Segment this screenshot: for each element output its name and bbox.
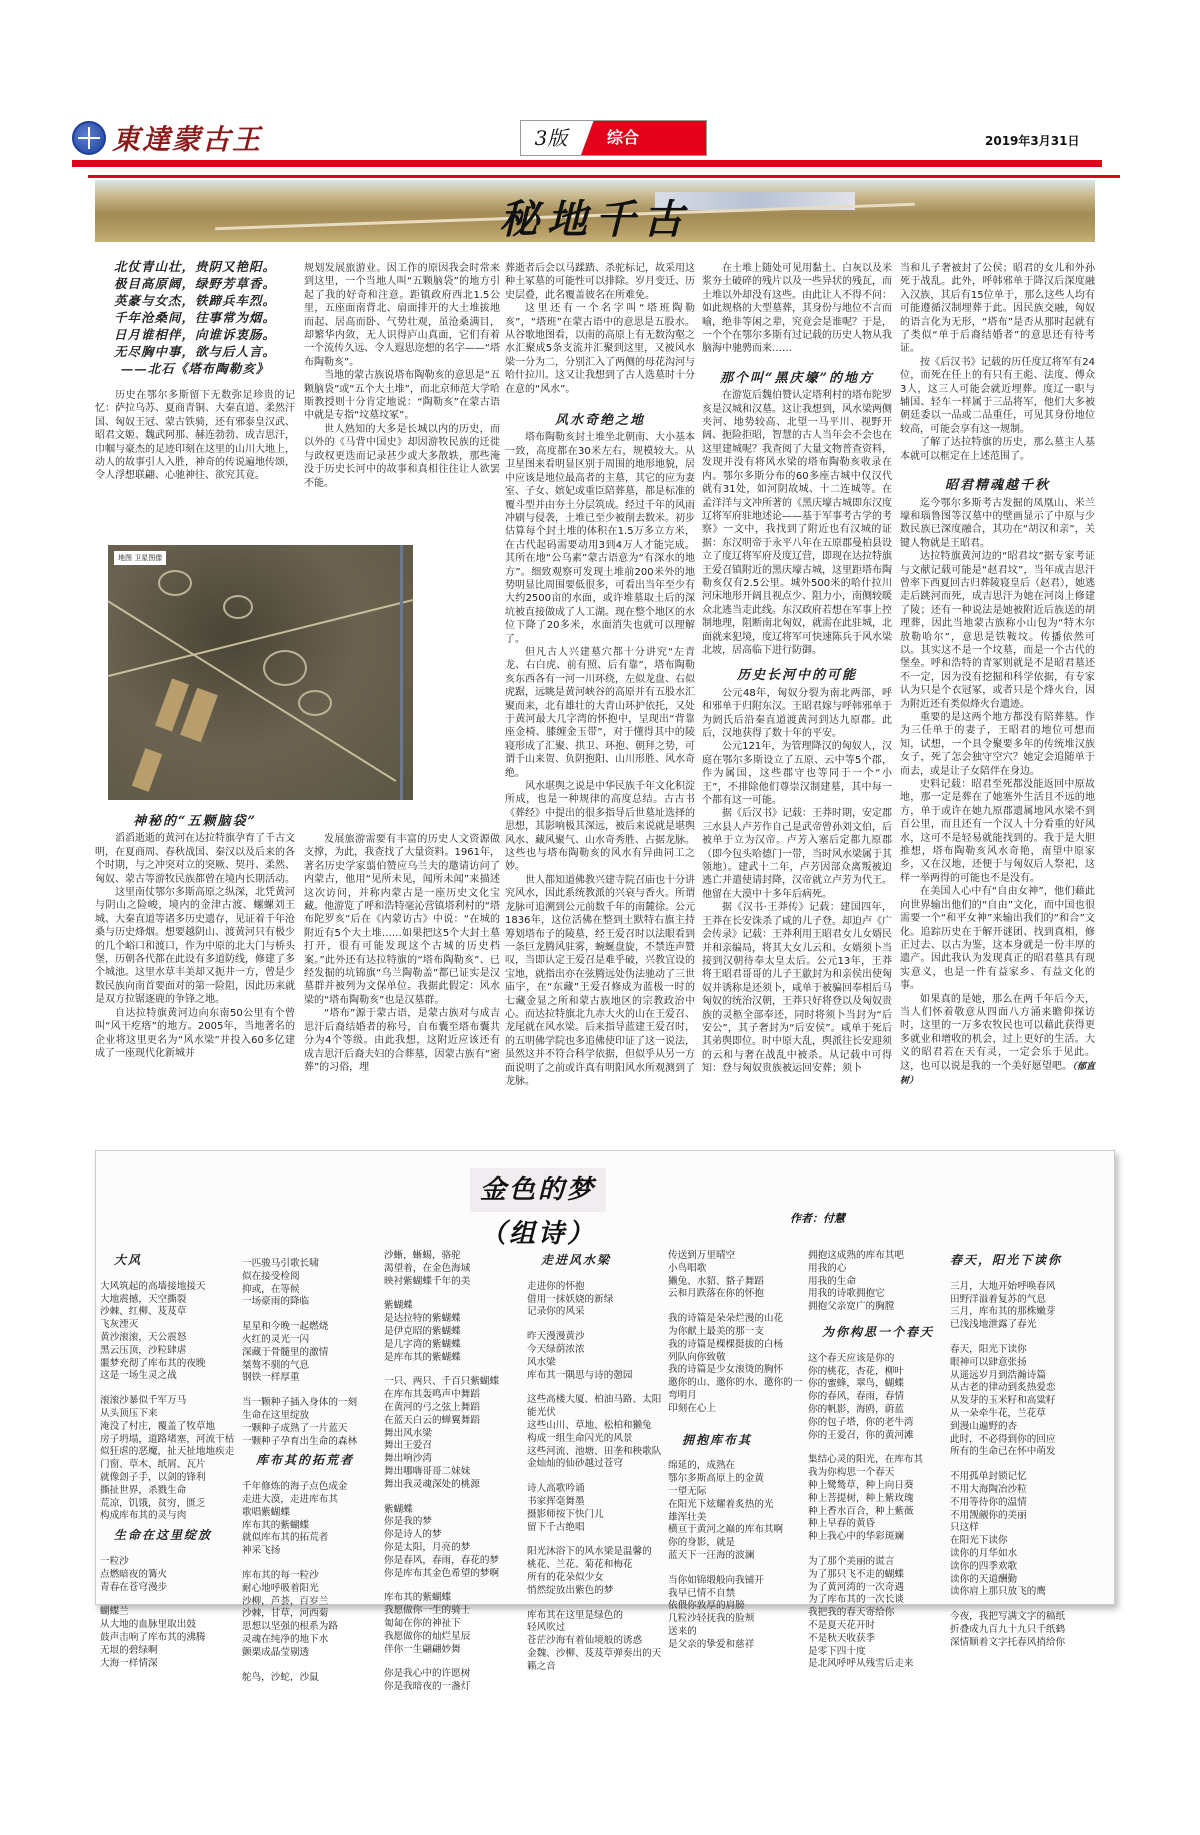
poem-line: 我把我的春天寄给你 — [808, 1607, 948, 1620]
poem-line: 蝴蝶兰 — [100, 1606, 240, 1619]
poem-line: 鼓声击响了库布其的沸腾 — [100, 1632, 240, 1645]
poem-line: 三月，库布其的那株嫩芽 — [950, 1306, 1090, 1319]
poem-line: 是库布其的紫蝴蝶 — [384, 1352, 524, 1365]
poem-line: 当一颗种子插入身体的一刻 — [242, 1397, 382, 1410]
poem-line: 用我的诗歌拥抱它 — [808, 1288, 948, 1301]
poem-line: 渴望着，在金色海域 — [384, 1263, 524, 1276]
masthead-logo: 東達蒙古王 — [72, 112, 262, 164]
poem-line: 这是一场生灵之战 — [100, 1370, 240, 1383]
poem-line: 在蓝天白云的蝉翼舞蹈 — [384, 1415, 524, 1428]
poem-line: 一粒沙 — [100, 1556, 240, 1569]
poem-stanzas: 这个春天应该是你的你的桃花，杏花，柳叶你的蜜蜂，翠鸟，蝴蝶你的春风，春雨，春情你… — [808, 1353, 948, 1671]
poem-line: 你是诗人的梦 — [384, 1529, 524, 1542]
poem-line: 这些山川、草地、松柏和獭兔 — [527, 1420, 667, 1433]
poem-line — [950, 1332, 1090, 1344]
poem-line: 你的桃花，杏花，柳叶 — [808, 1366, 948, 1379]
poem-line — [242, 1660, 382, 1672]
poem-author: 作者：付慧 — [790, 1210, 845, 1226]
poem-stanzas: 绵延的，成熟在鄂尔多斯高原上的金黄一望无际在阳光下炫耀着炙热的光雄浑壮美横亘于黄… — [668, 1460, 808, 1651]
poem-line: 门窗、草木、纸屑、瓦片 — [100, 1459, 240, 1472]
epigraph-poem: 北仗青山壮，贵阴又艳阳。 极目高原阔，绿野芳草香。 英豪与女杰，铁蹄兵车烈。 千… — [95, 258, 295, 377]
paragraph: 滔滔逝逝的黄河在达拉特旗孕育了千古文明，在夏商周、春秋战国、秦汉以及后来的各个时… — [95, 832, 295, 886]
poem-line: 所有的生命已在怀中萌发 — [950, 1446, 1090, 1459]
poem-heading: 春天，阳光下读你 — [950, 1254, 1090, 1267]
poem-line: 拥抱这成熟的库布其吧 — [808, 1250, 948, 1263]
poem-line: 一匹骏马引歌长啸 — [242, 1258, 382, 1271]
poem-line: 神采飞扬 — [242, 1545, 382, 1558]
poem-line: 我的诗篇是棵棵挺拔的白杨 — [668, 1339, 808, 1352]
poem-line: 金灿灿的仙砂越过苍穹 — [527, 1458, 667, 1471]
poem-line: 鄂尔多斯高原上的金黄 — [668, 1473, 808, 1486]
edition-badge: 3版 综合 — [520, 120, 707, 156]
header-rule — [72, 160, 1102, 167]
poem-line: 生命在这里绽放 — [242, 1410, 382, 1423]
poem-line: 从遥远岁月到浩瀚诗篇 — [950, 1370, 1090, 1383]
poem-line: 我愿做你的灿烂星辰 — [384, 1631, 524, 1644]
poem-line: 你的蜜蜂，翠鸟，蝴蝶 — [808, 1378, 948, 1391]
globe-logo-icon — [72, 121, 106, 155]
paragraph: 这里还有一个名字叫“塔班陶勒亥”，“塔班”在蒙古语中的意思是五股水。从谷歌地图看… — [505, 302, 695, 396]
poem-line: 读你的天道酬勤 — [950, 1574, 1090, 1587]
poem-line: 读你肩上那只放飞的鹰 — [950, 1586, 1090, 1599]
poem-line: 种上菩提树，种上紫玫瑰 — [808, 1493, 948, 1506]
poem-line — [384, 1580, 524, 1592]
poem-line — [527, 1598, 667, 1610]
issue-date: 2019年3月31日 — [985, 132, 1079, 149]
poem-line — [100, 1594, 240, 1606]
poem-line: 到漫山遍野的杏 — [950, 1421, 1090, 1434]
poem-line: 印刻在心上 — [668, 1403, 808, 1416]
paragraph: 当地的蒙古族说塔布陶勒亥的意思是“五颗脑袋”或“五个大土堆”，而北京师范大学哈斯… — [304, 369, 500, 423]
paragraph: 据《后汉书》记载：王莽时期，安定郡三水县人卢芳作自己是武帝曾孙刘文伯，后被单于立… — [702, 807, 892, 901]
poem-line: 不是夏天花开时 — [808, 1620, 948, 1633]
poem-line: 撕扯世界，杀戮生命 — [100, 1485, 240, 1498]
poem-line: 你是库布其金色希望的梦啊 — [384, 1568, 524, 1581]
poem-line: 当你如锦缎般向我铺开 — [668, 1575, 808, 1588]
paragraph: 规划发展旅游业。因工作的原因我会时常来到这里，一个当地人叫“五颗脑袋”的地方引起… — [304, 262, 500, 369]
article-col-2-top: 规划发展旅游业。因工作的原因我会时常来到这里，一个当地人叫“五颗脑袋”的地方引起… — [304, 262, 500, 490]
poem-line: 此时，不必得到你的回应 — [950, 1434, 1090, 1447]
paragraph: 自达拉特旗黄河边向东南50公里有个曾叫“风干疙瘩”的地方。2005年，当地著名的… — [95, 1007, 295, 1061]
poem-line: 沙蜥，蜥蜴，骆驼 — [384, 1250, 524, 1263]
poem-line: 舞出我灵魂深处的桃源 — [384, 1479, 524, 1492]
poem-line: 不用大海陶冶沙粒 — [950, 1484, 1090, 1497]
poem-stanzas: 传送到万里晴空小鸟唱歌獭兔、水貂、貉子舞蹈云和月跌落在你的怀抱我的诗篇是朵朵烂漫… — [668, 1250, 808, 1416]
paragraph: 迄今鄂尔多斯考古发掘的凤凰山、米兰壕和瑙鲁图等汉墓中的壁画显示了中原与少数民族已… — [900, 497, 1095, 551]
paragraph: 但凡古人兴建墓穴都十分讲究“左青龙、右白虎、前有照、后有靠”，塔布陶勒亥东西各有… — [505, 646, 695, 780]
poem-line: 库布其一隅思与诗的憩园 — [527, 1370, 667, 1383]
poem-heading: 为你构思一个春天 — [808, 1326, 948, 1339]
poem-line: 是零下四十度 — [808, 1646, 948, 1659]
poem-line: 从大地的血脉里取出鼓 — [100, 1619, 240, 1632]
poem-line — [950, 1459, 1090, 1471]
poem-line: 大海一样情深 — [100, 1658, 240, 1671]
poem-line: 不用觊觎你的美丽 — [950, 1510, 1090, 1523]
poem-line: 折叠成九百九十九只千纸鹤 — [950, 1624, 1090, 1637]
poem-line: 轻风吹过 — [527, 1622, 667, 1635]
poem-line: 你是我暗夜的一盏灯 — [384, 1681, 524, 1694]
poem-line: 昨天漫漫黄沙 — [527, 1331, 667, 1344]
paragraph: 世人都知道佛教兴建寺院召庙也十分讲究风水，因此系统教派的兴衰与香火。所谓龙脉可追… — [505, 874, 695, 1089]
poem-line: 一场豪雨的降临 — [242, 1296, 382, 1309]
paragraph: 据《汉书·王莽传》记载：建国四年，王莽在长安诛杀了咸的儿子登。却迫卢《广会传录》… — [702, 901, 892, 1075]
paragraph: 了解了达拉特旗的历史，那么墓主人基本就可以框定在上述范围了。 — [900, 436, 1095, 463]
poem-line: 在阳光下炫耀着炙热的光 — [668, 1499, 808, 1512]
poem-line: 种上我心中的华彩斑斓 — [808, 1531, 948, 1544]
article-col-4: 在土堆上随处可见用黏土、白灰以及米浆夯土破碎的残片以及一些异状的残瓦，而土堆以外… — [702, 262, 892, 1076]
poem-line: 列队向你致敬 — [668, 1352, 808, 1365]
poem-line: 似狂虐的恶魔，扯天扯地地疾走 — [100, 1446, 240, 1459]
poem-line: 种上香水百合，种上紫薇 — [808, 1506, 948, 1519]
poem-line: 我早已情不自禁 — [668, 1588, 808, 1601]
poem-line: 抑或，在等候 — [242, 1284, 382, 1297]
poem-line: 一颗种子孕育出生命的森林 — [242, 1436, 382, 1449]
poem-heading: 生命在这里绽放 — [100, 1529, 240, 1542]
poem-line: 为了库布其的一次长谈 — [808, 1594, 948, 1607]
poem-line: 房子坍塌，道路堵塞，河流干枯 — [100, 1434, 240, 1447]
poem-stanzas: 千年修炼的海子点色成金走进大漠，走进库布其歌唱紫蝴蝶库布其的紫蝴蝶就似库布其的拓… — [242, 1481, 382, 1684]
paragraph: 在土堆上随处可见用黏土、白灰以及米浆夯土破碎的残片以及一些异状的残瓦，而土堆以外… — [702, 262, 892, 356]
paragraph: “塔布”源于蒙古语，是蒙古族对与成吉思汗后裔结婚者的称号，自布囊至塔布囊共分为4… — [304, 1007, 500, 1074]
poem-line: 从一朵牵牛花，兰花草 — [950, 1408, 1090, 1421]
poem-line: 几粒沙轻抚我的脸颊 — [668, 1613, 808, 1626]
poem-line: 舞出风水梁 — [384, 1428, 524, 1441]
poem-line: 你是我心中的许愿树 — [384, 1668, 524, 1681]
poem-line: 大地震撼，天空撕裂 — [100, 1294, 240, 1307]
poem-line: 云和月跌落在你的怀抱 — [668, 1288, 808, 1301]
section-name: 综合 — [581, 121, 706, 155]
poem-line: 是北风呼呼从残雪后走来 — [808, 1658, 948, 1671]
poem-line: 你的包子塔，你的老牛湾 — [808, 1417, 948, 1430]
poem-line: 沙棘、红柳、芨芨草 — [100, 1306, 240, 1319]
paragraph: 达拉特旗黄河边的“昭君坟”据专家考证与文献记载可能是“赵君坟”，当年成吉思汗曾率… — [900, 550, 1095, 711]
poem-line: 种上鹭鸶草，种上向日葵 — [808, 1480, 948, 1493]
poem-line: 是父亲的挚爱和慈祥 — [668, 1639, 808, 1652]
article-col-1-top: 北仗青山壮，贵阴又艳阳。 极目高原阔，绿野芳草香。 英豪与女杰，铁蹄兵车烈。 千… — [95, 258, 295, 483]
poem-line: 金魏、沙柳、芨芨草弹奏出的天籁之音 — [527, 1648, 667, 1674]
poem-line: 走进你的怀抱 — [527, 1281, 667, 1294]
paragraph: 世人熟知的大多是长城以内的历史，而以外的《马背中国史》却因游牧民族的迁徙与政权更… — [304, 423, 500, 490]
poem-line: 不用等待你的温情 — [950, 1497, 1090, 1510]
poem-line: 依偎你敦厚的肩膀 — [668, 1600, 808, 1613]
poem-line: 你是太阳，月亮的梦 — [384, 1542, 524, 1555]
poem-line: 为了黄河湾的一次奇遇 — [808, 1582, 948, 1595]
highway — [400, 545, 403, 800]
poem-line: 集结心灵的阳光，在库布其 — [808, 1454, 948, 1467]
poem-line: 蓝天下一汪海的波澜 — [668, 1550, 808, 1563]
paragraph: 在游览后魏伯赞认定塔利村的塔布陀罗亥是汉城和汉墓。这让我想到，风水梁两侧夹河、地… — [702, 389, 892, 657]
poem-line: 记录你的风采 — [527, 1306, 667, 1319]
poem-stanzas: 一粒沙点燃暗夜的篝火青春在苍穹漫步蝴蝶兰从大地的血脉里取出鼓鼓声击响了库布其的沸… — [100, 1556, 240, 1670]
satellite-map-image: 地图 卫星图像 — [108, 545, 413, 800]
subheading: 历史长河中的可能 — [702, 669, 892, 682]
poem-line: 在阳光下读你 — [950, 1535, 1090, 1548]
poem-col-1: 大风 大风筑起的高墙接地接天大地震撼，天空撕裂沙棘、红柳、芨芨草飞灰湮灭黄沙滚滚… — [100, 1248, 240, 1670]
poem-line: 颤栗成晶莹剔透 — [242, 1647, 382, 1660]
poem-line: 映衬紫蝴蝶千年的美 — [384, 1276, 524, 1289]
poem-line — [527, 1319, 667, 1331]
poem-col-2: 一匹骏马引歌长啸似在接受检阅抑或，在等候一场豪雨的降临星星和今晚一起燃烧火红的灵… — [242, 1258, 382, 1684]
page-number: 3版 — [521, 121, 581, 155]
poem-line: 不是秋天收获季 — [808, 1633, 948, 1646]
mound-ring — [223, 595, 253, 619]
paragraph: 这里南仗鄂尔多斯高原之纵深，北凭黄河与阴山之险峻，境内的金津古渡、螺螺刘王城、大… — [95, 886, 295, 1007]
poem-line: 悄然绽放出紫色的梦 — [527, 1585, 667, 1598]
poem-line: 留下千古绝唱 — [527, 1522, 667, 1535]
poem-line: 为了那个美丽的谎言 — [808, 1556, 948, 1569]
poem-line: 眼神可以肆意张扬 — [950, 1357, 1090, 1370]
poem-line: 我的诗篇是朵朵烂漫的山花 — [668, 1313, 808, 1326]
poem-line: 深情顺着文字托春风捎给你 — [950, 1637, 1090, 1650]
poem-line: 是伊克昭的紫蝴蝶 — [384, 1326, 524, 1339]
poem-line: 读你的月华如水 — [950, 1548, 1090, 1561]
paragraph: 重要的是这两个地方都没有陪葬墓。作为三任单于的妻子，王昭君的地位可想而知，试想，… — [900, 711, 1095, 778]
poem-heading: 走进风水梁 — [527, 1254, 667, 1267]
poem-line: 库布其的紫蝴蝶 — [242, 1520, 382, 1533]
banner-photo: 秘地千古 — [95, 180, 1095, 242]
subheading: 神秘的“五颗脑袋” — [95, 815, 295, 828]
mound-ring — [158, 570, 192, 596]
poem-line: 紫蝴蝶 — [384, 1300, 524, 1313]
poem-line: 拥抱父亲宽广的胸膛 — [808, 1301, 948, 1314]
poem-line — [384, 1364, 524, 1376]
poem-line: 点燃暗夜的篝火 — [100, 1569, 240, 1582]
poem-line — [242, 1558, 382, 1570]
poem-line: 大风筑起的高墙接地接天 — [100, 1281, 240, 1294]
poem-line: 就像刽子手，以剑的锋利 — [100, 1472, 240, 1485]
poem-col-3: 沙蜥，蜥蜴，骆驼渴望着，在金色海域映衬紫蝴蝶千年的美紫蝴蝶是达拉特的紫蝴蝶是伊克… — [384, 1250, 524, 1694]
poem-line: 我的诗篇是少女滚烫的胸怀 — [668, 1364, 808, 1377]
poem-line — [527, 1382, 667, 1394]
poem-line: 这个春天应该是你的 — [808, 1353, 948, 1366]
poem-line: 桀骜不驯的气息 — [242, 1360, 382, 1373]
poem-stanzas: 大风筑起的高墙接地接天大地震撼，天空撕裂沙棘、红柳、芨芨草飞灰湮灭黄沙滚滚，天公… — [100, 1281, 240, 1523]
poem-line — [527, 1471, 667, 1483]
poem-line: 灵魂在纯净的地下水 — [242, 1634, 382, 1647]
poem-line: 我愿做你一生的骑士 — [384, 1605, 524, 1618]
poem-line: 雄浑壮美 — [668, 1512, 808, 1525]
poem-line: 种上早春的黄昏 — [808, 1518, 948, 1531]
poem-stanzas: 沙蜥，蜥蜴，骆驼渴望着，在金色海域映衬紫蝴蝶千年的美紫蝴蝶是达拉特的紫蝴蝶是伊克… — [384, 1250, 524, 1694]
poem-line: 库布其在这里是绿色的 — [527, 1610, 667, 1623]
poem-line: 桃花、兰花、菊花和梅花 — [527, 1559, 667, 1572]
poem-line: 你的身影，就是 — [668, 1537, 808, 1550]
poem-line: 你的春风，春雨，春情 — [808, 1391, 948, 1404]
poem-line — [100, 1383, 240, 1395]
poem-line — [384, 1288, 524, 1300]
poem-line: 一颗种子成熟了一片蓝天 — [242, 1423, 382, 1436]
poem-line: 千年修炼的海子点色成金 — [242, 1481, 382, 1494]
paragraph: 历史在鄂尔多斯留下无数弥足珍贵的记忆：萨拉乌苏、夏商青铜、大秦直道、柔然汗国、匈… — [95, 389, 295, 483]
poem-line: 借用一抹妖娆的新绿 — [527, 1294, 667, 1307]
poem-line: 不用孤单封锁记忆 — [950, 1471, 1090, 1484]
poem-line: 用我的生命 — [808, 1276, 948, 1289]
poem-line: 用我的心 — [808, 1263, 948, 1276]
poem-line: 滚滚沙暴似千军万马 — [100, 1395, 240, 1408]
poem-line — [527, 1534, 667, 1546]
subheading: 风水奇绝之地 — [505, 414, 695, 427]
poem-col-7: 春天，阳光下读你 三月，大地开始呼唤春风田野洋溢着复苏的气息三月，库布其的那株嫩… — [950, 1248, 1090, 1650]
poem-stanzas: 走进你的怀抱借用一抹妖娆的新绿记录你的风采昨天漫漫黄沙今天绿荫浓浓风水梁库布其一… — [527, 1281, 667, 1674]
subheading: 那个叫“黑庆壕”的地方 — [702, 372, 892, 385]
map-type-label: 地图 卫星图像 — [114, 551, 166, 565]
poem-line: 黄沙滚滚，天公震怒 — [100, 1332, 240, 1345]
poem-line: 已浅浅地泄露了春光 — [950, 1319, 1090, 1332]
poem-line: 所有的花朵似少女 — [527, 1572, 667, 1585]
poem-line: 就似库布其的拓荒者 — [242, 1532, 382, 1545]
poem-line: 三月，大地开始呼唤春风 — [950, 1281, 1090, 1294]
paragraph: 在美国人心中有“自由女神”，他们藉此向世界输出他们的“自由”文化，而中国也很需要… — [900, 885, 1095, 992]
poem-line: 耐心地呼吸着阳光 — [242, 1583, 382, 1596]
poem-line: 你是我的梦 — [384, 1516, 524, 1529]
subheading: 昭君精魂越千秋 — [900, 479, 1095, 492]
poem-line: 这些高楼大厦、柏油马路、太阳能光伏 — [527, 1394, 667, 1420]
poem-line: 我为你构思一个春天 — [808, 1467, 948, 1480]
field-patch — [132, 748, 163, 792]
poem-line: 鸵鸟，沙蛇，沙鼠 — [242, 1672, 382, 1685]
poem-line: 风水梁 — [527, 1357, 667, 1370]
poem-line: 火红的灵光一闪 — [242, 1334, 382, 1347]
poem-col-6: 拥抱这成熟的库布其吧用我的心用我的生命用我的诗歌拥抱它拥抱父亲宽广的胸膛 为你构… — [808, 1250, 948, 1671]
poem-line: 伴你一生翩翩妙舞 — [384, 1644, 524, 1657]
newspaper-name: 東達蒙古王 — [112, 118, 262, 158]
poem-line: 青春在苍穹漫步 — [100, 1582, 240, 1595]
paragraph: 发展旅游需要有丰富的历史人文资源做支撑，为此，我查找了大量资料。1961年，著名… — [304, 833, 500, 1007]
poem-line — [384, 1492, 524, 1504]
poem-line: 獭兔、水貂、貉子舞蹈 — [668, 1276, 808, 1289]
poem-line: 书家挥毫舞墨 — [527, 1496, 667, 1509]
poem-line: 这些河流、池塘、田垄和秧歌队 — [527, 1446, 667, 1459]
poem-heading: 拥抱库布其 — [668, 1434, 808, 1447]
poem-line — [668, 1301, 808, 1313]
poem-line — [808, 1442, 948, 1454]
poem-line: 无垠的碧绿啊 — [100, 1645, 240, 1658]
paragraph: 葬逝者后会以马蹂踏、杀驼标记，故采用这种土冢墓的可能性可以排除。岁月变迁、历史层… — [505, 262, 695, 302]
poem-line: 沙棘，甘草，河西菊 — [242, 1608, 382, 1621]
poem-line: 今夜，我把写满文字的稿纸 — [950, 1611, 1090, 1624]
poem-section-title: 金色的梦（组诗） — [470, 1168, 606, 1212]
poem-line — [668, 1563, 808, 1575]
poem-line: 构成一组生命闪光的风景 — [527, 1433, 667, 1446]
poem-line: 一只、两只、千百只紫蝴蝶 — [384, 1376, 524, 1389]
poem-line: 沙柳，芦荟，百岁兰 — [242, 1596, 382, 1609]
poem-line: 舞出响沙湾 — [384, 1453, 524, 1466]
poem-stanzas: 三月，大地开始呼唤春风田野洋溢着复苏的气息三月，库布其的那株嫩芽已浅浅地泄露了春… — [950, 1281, 1090, 1650]
poem-stanzas: 一匹骏马引歌长啸似在接受检阅抑或，在等候一场豪雨的降临星星和今晚一起燃烧火红的灵… — [242, 1258, 382, 1448]
poem-heading: 大风 — [100, 1254, 240, 1267]
poem-line: 库布其的每一粒沙 — [242, 1570, 382, 1583]
poem-line: 飞灰湮灭 — [100, 1319, 240, 1332]
poem-line: 似在接受检阅 — [242, 1271, 382, 1284]
poem-line — [950, 1599, 1090, 1611]
poem-col-5: 传送到万里晴空小鸟唱歌獭兔、水貂、貉子舞蹈云和月跌落在你的怀抱我的诗篇是朵朵烂漫… — [668, 1250, 808, 1652]
poem-line: 摄影师按下快门儿 — [527, 1509, 667, 1522]
poem-line: 横亘于黄河之巅的库布其啊 — [668, 1524, 808, 1537]
poem-line: 星星和今晚一起燃烧 — [242, 1321, 382, 1334]
mound-ring — [298, 690, 332, 716]
poem-line: 田野洋溢着复苏的气息 — [950, 1294, 1090, 1307]
poem-line: 噩梦充彻了库布其的夜晚 — [100, 1358, 240, 1371]
paragraph: 按《后汉书》记载的历任度辽将军有24位，而死在任上的有只有王彪、法度、傅众3人，… — [900, 356, 1095, 436]
poem-line: 库布其的紫蝴蝶 — [384, 1592, 524, 1605]
poem-line: 思想以坚强的根系为路 — [242, 1621, 382, 1634]
poem-line — [384, 1656, 524, 1668]
poem-line: 诗人高歌吟诵 — [527, 1483, 667, 1496]
poem-line: 春天，阳光下读你 — [950, 1344, 1090, 1357]
paragraph: 塔布陶勒亥封土堆坐北朝南、大小基本一致，高度都在30米左右，规模较大。从卫星图来… — [505, 431, 695, 646]
poem-line: 在库布其轰鸣声中舞蹈 — [384, 1389, 524, 1402]
poem-line — [242, 1309, 382, 1321]
poem-line: 你是春风，春雨，春花的梦 — [384, 1555, 524, 1568]
feature-title: 秘地千古 — [95, 188, 1095, 242]
poem-line: 传送到万里晴空 — [668, 1250, 808, 1263]
poem-line: 阳光沐浴下的风水梁是温馨的 — [527, 1546, 667, 1559]
poem-line: 绵延的，成熟在 — [668, 1460, 808, 1473]
poem-line: 从古老的律动到炙热爱恋 — [950, 1382, 1090, 1395]
poem-heading: 库布其的拓荒者 — [242, 1454, 382, 1467]
poem-line: 荒凉，饥饿，贫穷，匮乏 — [100, 1498, 240, 1511]
paragraph: 风水堪舆之说是中华民族千年文化积淀所成，也是一种规律的高度总结。古古书《葬经》中… — [505, 780, 695, 874]
poem-line: 你的帆影，海鸥，蔚蓝 — [808, 1404, 948, 1417]
poem-line: 构成库布其的灵与肉 — [100, 1510, 240, 1523]
poem-line: 紫蝴蝶 — [384, 1504, 524, 1517]
poem-line: 小鸟唱歌 — [668, 1263, 808, 1276]
poem-line: 在黄河的弓之弦上舞蹈 — [384, 1402, 524, 1415]
mound-ring — [263, 650, 307, 686]
poem-line: 舞出哪嗨哥哥二妹妹 — [384, 1466, 524, 1479]
paragraph: 公元48年，匈奴分裂为南北两部，呼和邪单于归附东汉。王昭君嫁与呼韩邪单于为阏氏后… — [702, 687, 892, 741]
poem-col-4: 走进风水梁 走进你的怀抱借用一抹妖娆的新绿记录你的风采昨天漫漫黄沙今天绿荫浓浓风… — [527, 1248, 667, 1674]
poem-line: 从头顶压下来 — [100, 1408, 240, 1421]
paragraph: 当和儿子奢被封了公侯；昭君的女儿和外孙死于战乱。此外，呼韩邪单于降汉后深度融入汉… — [900, 262, 1095, 356]
poem-line: 是达拉特的紫蝴蝶 — [384, 1313, 524, 1326]
header-rule-thin — [88, 175, 1120, 178]
poem-stanzas: 拥抱这成熟的库布其吧用我的心用我的生命用我的诗歌拥抱它拥抱父亲宽广的胸膛 — [808, 1250, 948, 1314]
poem-line: 你的王爱召，你的黄河滩 — [808, 1430, 948, 1443]
article-col-5: 当和儿子奢被封了公侯；昭君的女儿和外孙死于战乱。此外，呼韩邪单于降汉后深度融入汉… — [900, 262, 1095, 1088]
poem-line: 深藏于骨髓里的激情 — [242, 1347, 382, 1360]
poem-line — [808, 1544, 948, 1556]
poem-line: 一望无际 — [668, 1486, 808, 1499]
poem-line: 苍茫沙海有着仙境般的诱惑 — [527, 1635, 667, 1648]
field-patch — [180, 688, 218, 743]
poem-line: 歌唱紫蝴蝶 — [242, 1507, 382, 1520]
paragraph: 公元121年，为管理降汉的匈奴人，汉庭在鄂尔多斯设立了五原、云中等5个郡，作为属… — [702, 740, 892, 807]
poem-line: 邀你的山、邀你的水、邀你的一弯明月 — [668, 1377, 808, 1403]
poem-line: 为你献上最美的那一支 — [668, 1326, 808, 1339]
poem-line: 今天绿荫浓浓 — [527, 1344, 667, 1357]
paragraph: 史料记载：昭君至死都没能返回中原故地，那一定是葬在了她塞外生活且不远的地方，单于… — [900, 778, 1095, 885]
poem-line: 舞出王爱召 — [384, 1440, 524, 1453]
paragraph: 如果真的是她，那么在两千年后今天，当人们怀着敬意从四面八方涌来瞻仰探访时，这里的… — [900, 993, 1095, 1089]
poem-line: 是几字湾的紫蝴蝶 — [384, 1339, 524, 1352]
dirt-road — [108, 598, 413, 677]
poem-line: 走进大漠，走进库布其 — [242, 1494, 382, 1507]
poem-line: 为了那只飞不走的蝴蝶 — [808, 1569, 948, 1582]
poem-line: 黑云压顶，沙粒肆虐 — [100, 1345, 240, 1358]
poem-line: 读你的四季欢歌 — [950, 1561, 1090, 1574]
article-col-2-bottom: 发展旅游需要有丰富的历史人文资源做支撑，为此，我查找了大量资料。1961年，著名… — [304, 833, 500, 1074]
poem-line: 钢铁一样厚重 — [242, 1372, 382, 1385]
article-col-1-bottom: 神秘的“五颗脑袋” 滔滔逝逝的黄河在达拉特旗孕育了千古文明，在夏商周、春秋战国、… — [95, 815, 295, 1060]
poem-line: 淹没了村庄，覆盖了牧草地 — [100, 1421, 240, 1434]
poem-line: 送来的 — [668, 1626, 808, 1639]
poem-line — [242, 1385, 382, 1397]
poem-line: 只这样 — [950, 1522, 1090, 1535]
poem-line: 匍匐在你的神祉下 — [384, 1618, 524, 1631]
article-col-3: 葬逝者后会以马蹂踏、杀驼标记，故采用这种土冢墓的可能性可以排除。岁月变迁、历史层… — [505, 262, 695, 1088]
poem-line: 从发芽的玉米籽和高粱籽 — [950, 1395, 1090, 1408]
